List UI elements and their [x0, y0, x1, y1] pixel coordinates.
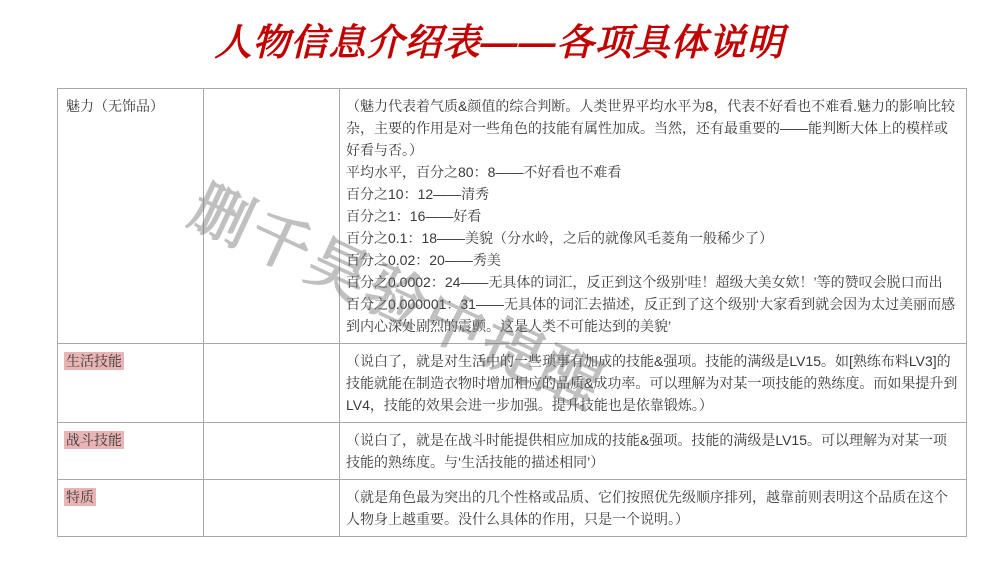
description-line: 百分之0.0002：24——无具体的词汇，反正到这个级别‘哇！超级大美女欸！’等… [346, 271, 960, 293]
description-line: （魅力代表着气质&颜值的综合判断。人类世界平均水平为8，代表不好看也不难看.魅力… [346, 95, 960, 161]
description-line: 百分之0.000001：31——无具体的词汇去描述，反正到了这个级别‘大家看到就… [346, 293, 960, 337]
row-label: 生活技能 [64, 352, 124, 370]
row-value-cell [204, 480, 340, 537]
row-description-cell: （说白了，就是在战斗时能提供相应加成的技能&强项。技能的满级是LV15。可以理解… [340, 423, 967, 480]
row-label: 战斗技能 [64, 431, 124, 449]
row-label-cell: 生活技能 [58, 344, 204, 423]
description-line: 百分之0.02：20——秀美 [346, 249, 960, 271]
description-line: （说白了，就是对生活中的一些琐事有加成的技能&强项。技能的满级是LV15。如[熟… [346, 350, 960, 416]
info-table-body: 魅力（无饰品）（魅力代表着气质&颜值的综合判断。人类世界平均水平为8，代表不好看… [58, 89, 967, 537]
row-label: 特质 [64, 488, 96, 506]
row-description-cell: （魅力代表着气质&颜值的综合判断。人类世界平均水平为8，代表不好看也不难看.魅力… [340, 89, 967, 344]
table-row: 生活技能（说白了，就是对生活中的一些琐事有加成的技能&强项。技能的满级是LV15… [58, 344, 967, 423]
row-description-cell: （说白了，就是对生活中的一些琐事有加成的技能&强项。技能的满级是LV15。如[熟… [340, 344, 967, 423]
description-line: 百分之1：16——好看 [346, 205, 960, 227]
row-description-cell: （就是角色最为突出的几个性格或品质、它们按照优先级顺序排列，越靠前则表明这个品质… [340, 480, 967, 537]
row-label: 魅力（无饰品） [64, 97, 166, 115]
row-value-cell [204, 89, 340, 344]
row-value-cell [204, 423, 340, 480]
description-line: 平均水平，百分之80：8——不好看也不难看 [346, 161, 960, 183]
row-label-cell: 战斗技能 [58, 423, 204, 480]
row-value-cell [204, 344, 340, 423]
table-row: 特质（就是角色最为突出的几个性格或品质、它们按照优先级顺序排列，越靠前则表明这个… [58, 480, 967, 537]
table-row: 战斗技能（说白了，就是在战斗时能提供相应加成的技能&强项。技能的满级是LV15。… [58, 423, 967, 480]
page-title: 人物信息介绍表——各项具体说明 [0, 12, 999, 66]
row-label-cell: 特质 [58, 480, 204, 537]
description-line: （说白了，就是在战斗时能提供相应加成的技能&强项。技能的满级是LV15。可以理解… [346, 429, 960, 473]
description-line: 百分之10：12——清秀 [346, 183, 960, 205]
info-table: 魅力（无饰品）（魅力代表着气质&颜值的综合判断。人类世界平均水平为8，代表不好看… [57, 88, 967, 537]
row-label-cell: 魅力（无饰品） [58, 89, 204, 344]
description-line: （就是角色最为突出的几个性格或品质、它们按照优先级顺序排列，越靠前则表明这个品质… [346, 486, 960, 530]
table-row: 魅力（无饰品）（魅力代表着气质&颜值的综合判断。人类世界平均水平为8，代表不好看… [58, 89, 967, 344]
description-line: 百分之0.1：18——美貌（分水岭，之后的就像风毛菱角一般稀少了） [346, 227, 960, 249]
document-page: 人物信息介绍表——各项具体说明 删千昊验中提醒 魅力（无饰品）（魅力代表着气质&… [0, 0, 999, 583]
